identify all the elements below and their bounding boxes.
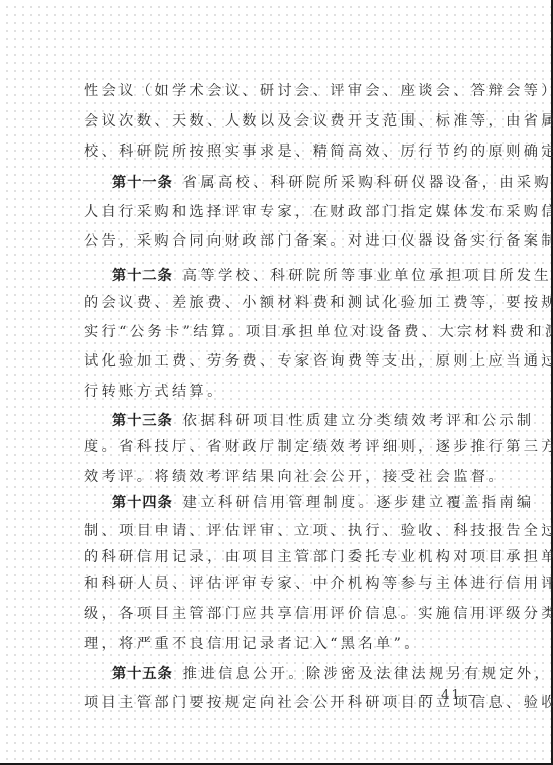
article-text: 建立科研信用管理制度。逐步建立覆盖指南编 xyxy=(183,495,535,511)
article-text: 推进信息公开。除涉密及法律法规另有规定外， xyxy=(183,666,552,682)
article-text: 高等学校、科研院所等事业单位承担项目所发生 xyxy=(183,268,552,284)
text-line: 的科研信用记录，由项目主管部门委托专业机构对项目承担单位 xyxy=(84,546,476,568)
text-line: 和科研人员、评估评审专家、中介机构等参与主体进行信用评 xyxy=(84,573,476,595)
text-line: 效考评。将绩效考评结果向社会公开，接受社会监督。 xyxy=(84,466,476,488)
text-line: 行转账方式结算。 xyxy=(84,381,476,403)
article-number: 第十二条 xyxy=(112,268,173,284)
page-number: — 41 — xyxy=(420,688,483,703)
article-number: 第十一条 xyxy=(112,175,173,191)
text-line: 理，将严重不良信用记录者记入“黑名单”。 xyxy=(84,633,476,655)
article-13-first-line: 第十三条依据科研项目性质建立分类绩效考评和公示制 xyxy=(112,410,476,432)
text-line: 度。省科技厅、省财政厅制定绩效考评细则，逐步推行第三方绩 xyxy=(84,436,476,458)
text-line: 级，各项目主管部门应共享信用评价信息。实施信用评级分类管 xyxy=(84,603,476,625)
article-11-first-line: 第十一条省属高校、科研院所采购科研仪器设备，由采购 xyxy=(112,172,476,194)
article-15-first-line: 第十五条推进信息公开。除涉密及法律法规另有规定外， xyxy=(112,663,476,685)
article-12-first-line: 第十二条高等学校、科研院所等事业单位承担项目所发生 xyxy=(112,265,476,287)
article-text: 省属高校、科研院所采购科研仪器设备，由采购 xyxy=(183,175,552,191)
article-number: 第十三条 xyxy=(112,413,173,429)
text-line: 会议次数、天数、人数以及会议费开支范围、标准等，由省属高 xyxy=(84,110,476,132)
text-line: 制、项目申请、评估评审、立项、执行、验收、科技报告全过程 xyxy=(84,520,476,542)
text-line: 实行“公务卡”结算。项目承担单位对设备费、大宗材料费和测 xyxy=(84,321,476,343)
article-number: 第十五条 xyxy=(112,666,173,682)
article-number: 第十四条 xyxy=(112,495,173,511)
text-line: 项目主管部门要按规定向社会公开科研项目的立项信息、验收结 xyxy=(84,692,476,714)
text-line: 公告，采购合同向财政部门备案。对进口仪器设备实行备案制。 xyxy=(84,230,476,252)
text-line: 人自行采购和选择评审专家，在财政部门指定媒体发布采购信息 xyxy=(84,201,476,223)
article-text: 依据科研项目性质建立分类绩效考评和公示制 xyxy=(183,413,535,429)
text-line: 的会议费、差旅费、小额材料费和测试化验加工费等，要按规定 xyxy=(84,292,476,314)
article-14-first-line: 第十四条建立科研信用管理制度。逐步建立覆盖指南编 xyxy=(112,492,476,514)
text-line: 性会议（如学术会议、研讨会、评审会、座谈会、答辩会等）， xyxy=(84,80,476,102)
text-line: 试化验加工费、劳务费、专家咨询费等支出，原则上应当通过银 xyxy=(84,350,476,372)
text-line: 校、科研院所按照实事求是、精简高效、厉行节约的原则确定。 xyxy=(84,141,476,163)
